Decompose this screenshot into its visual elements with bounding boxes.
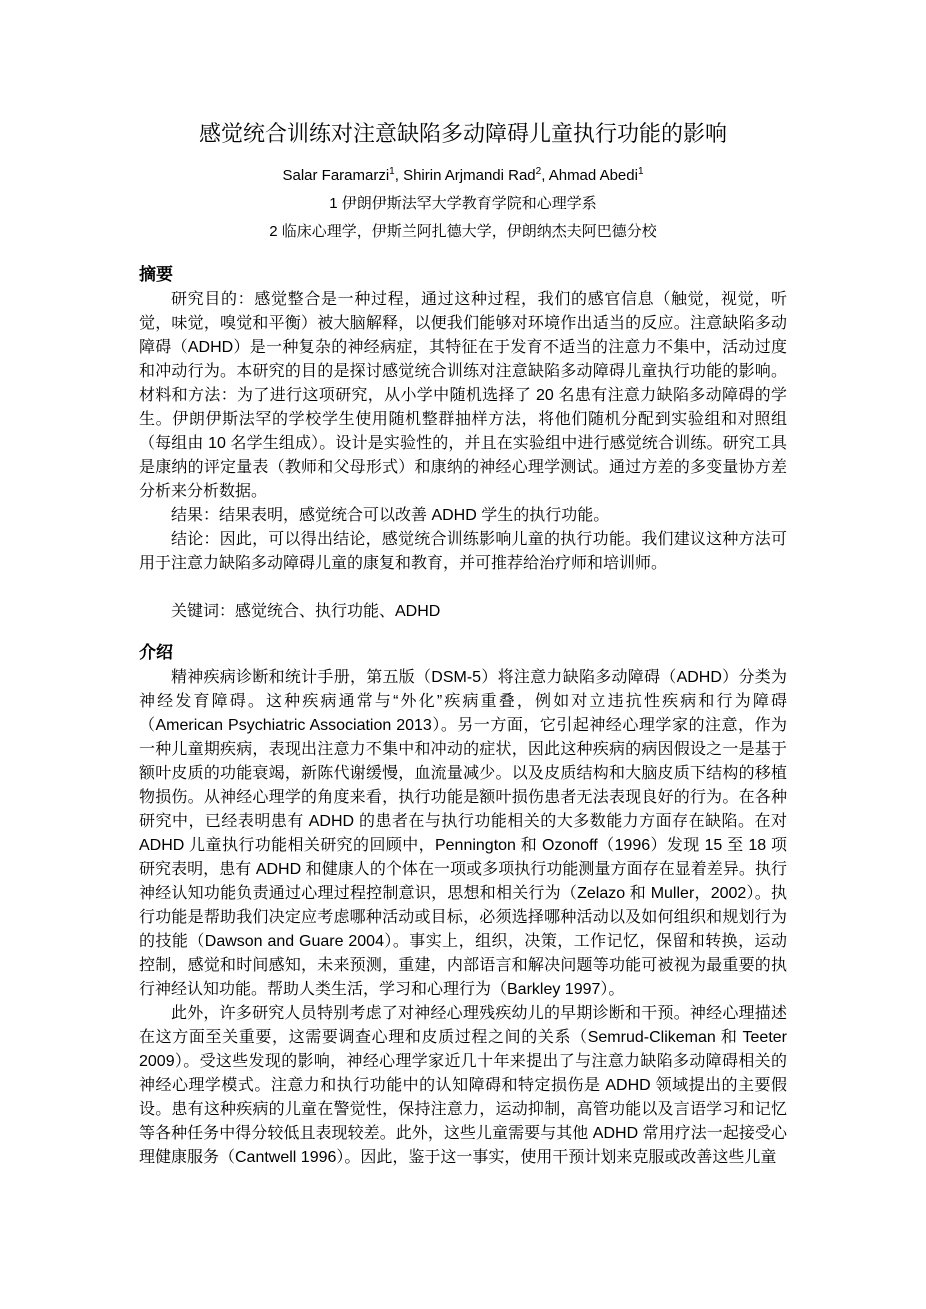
author-separator-1: ,	[395, 167, 403, 184]
abstract-paragraph-conclusion: 结论：因此，可以得出结论，感觉统合训练影响儿童的执行功能。我们建议这种方法可用于…	[139, 528, 787, 576]
abstract-paragraph-results: 结果：结果表明，感觉统合可以改善 ADHD 学生的执行功能。	[139, 504, 787, 528]
introduction-paragraph-2: 此外，许多研究人员特别考虑了对神经心理残疾幼儿的早期诊断和干预。神经心理描述在这…	[139, 1002, 787, 1170]
abstract-paragraph-objective-methods: 研究目的：感觉整合是一种过程，通过这种过程，我们的感官信息（触觉，视觉，听觉，味…	[139, 288, 787, 504]
document-page: 感觉统合训练对注意缺陷多动障碍儿童执行功能的影响 Salar Faramarzi…	[0, 0, 926, 1309]
affiliation-2: 2 临床心理学，伊斯兰阿扎德大学，伊朗纳杰夫阿巴德分校	[139, 218, 787, 246]
author-1: Salar Faramarzi	[282, 167, 389, 184]
introduction-paragraph-1: 精神疾病诊断和统计手册，第五版（DSM-5）将注意力缺陷多动障碍（ADHD）分类…	[139, 666, 787, 1002]
keywords-line: 关键词：感觉统合、执行功能、ADHD	[139, 600, 787, 624]
author-2: Shirin Arjmandi Rad	[403, 167, 536, 184]
abstract-heading: 摘要	[139, 262, 787, 288]
author-3: Ahmad Abedi	[549, 167, 638, 184]
author-separator-2: ,	[541, 167, 549, 184]
author-line: Salar Faramarzi1, Shirin Arjmandi Rad2, …	[139, 162, 787, 190]
author-3-affiliation-mark: 1	[638, 166, 644, 177]
affiliation-1: 1 伊朗伊斯法罕大学教育学院和心理学系	[139, 190, 787, 218]
introduction-heading: 介绍	[139, 640, 787, 666]
paper-title: 感觉统合训练对注意缺陷多动障碍儿童执行功能的影响	[139, 117, 787, 150]
